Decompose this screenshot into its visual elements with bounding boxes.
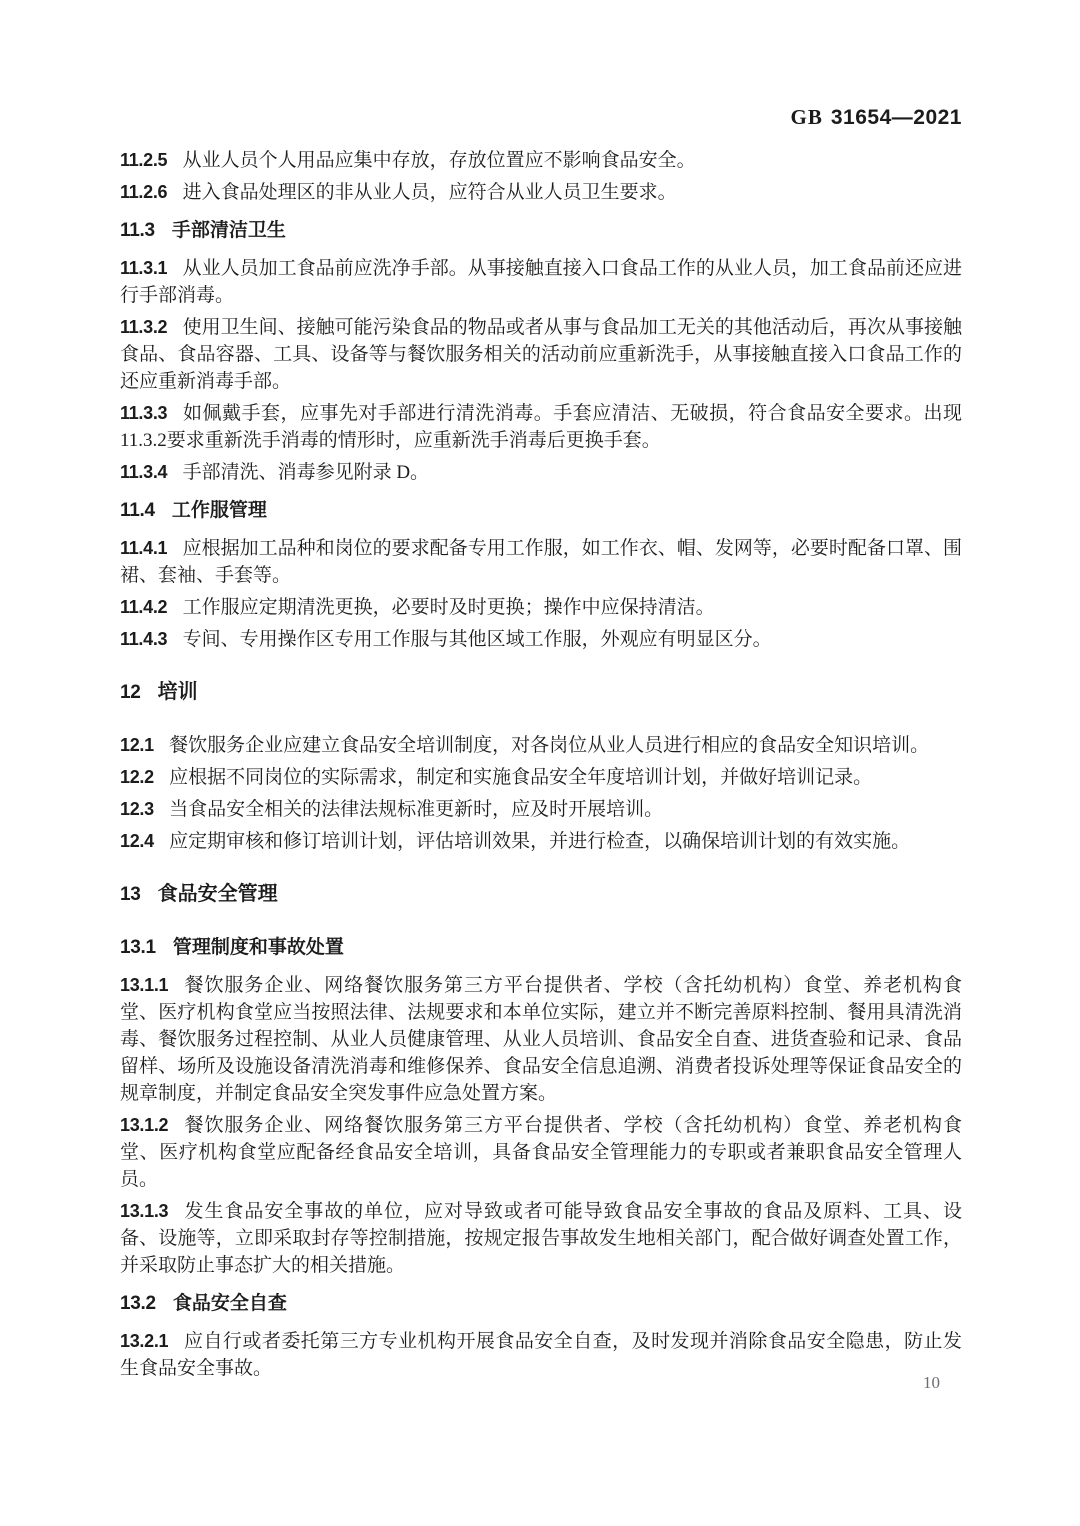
clause-11-3-3: 11.3.3如佩戴手套，应事先对手部进行清洗消毒。手套应清洁、无破损，符合食品安… (120, 400, 962, 454)
clause-12-2: 12.2应根据不同岗位的实际需求，制定和实施食品安全年度培训计划，并做好培训记录… (120, 764, 962, 791)
clause-number: 13.1.2 (120, 1115, 168, 1135)
clause-text: 进入食品处理区的非从业人员，应符合从业人员卫生要求。 (183, 182, 677, 203)
clause-text: 应定期审核和修订培训计划，评估培训效果，并进行检查，以确保培训计划的有效实施。 (169, 831, 910, 852)
page-number: 10 (923, 1372, 940, 1394)
section-title: 管理制度和事故处置 (173, 937, 344, 958)
clause-number: 11.3.2 (120, 317, 167, 337)
clause-11-3-4: 11.3.4手部清洗、消毒参见附录 D。 (120, 459, 962, 486)
clause-number: 11.4.2 (120, 597, 167, 617)
section-title: 工作服管理 (172, 500, 267, 521)
clause-11-4-3: 11.4.3专间、专用操作区专用工作服与其他区域工作服，外观应有明显区分。 (120, 626, 962, 653)
clause-number: 13.1.3 (120, 1201, 168, 1221)
document-page: GB31654—2021 11.2.5从业人员个人用品应集中存放，存放位置应不影… (0, 0, 1080, 1526)
section-heading-11-4: 11.4工作服管理 (120, 497, 962, 524)
clause-12-3: 12.3当食品安全相关的法律法规标准更新时，应及时开展培训。 (120, 796, 962, 823)
clause-number: 11.2.5 (120, 150, 167, 170)
clause-number: 11.4.3 (120, 629, 167, 649)
clause-12-1: 12.1餐饮服务企业应建立食品安全培训制度，对各岗位从业人员进行相应的食品安全知… (120, 732, 962, 759)
clause-text: 手部清洗、消毒参见附录 D。 (183, 462, 429, 483)
clause-number: 13.2.1 (120, 1331, 168, 1351)
clause-text: 工作服应定期清洗更换，必要时及时更换；操作中应保持清洁。 (183, 597, 715, 618)
clause-11-4-1: 11.4.1应根据加工品种和岗位的要求配备专用工作服，如工作衣、帽、发网等，必要… (120, 535, 962, 589)
clause-number: 11.4.1 (120, 538, 167, 558)
clause-number: 11.3.4 (120, 462, 167, 482)
clause-13-1-3: 13.1.3发生食品安全事故的单位，应对导致或者可能导致食品安全事故的食品及原料… (120, 1198, 962, 1279)
clause-text: 从业人员加工食品前应洗净手部。从事接触直接入口食品工作的从业人员，加工食品前还应… (120, 258, 962, 306)
clause-11-3-1: 11.3.1从业人员加工食品前应洗净手部。从事接触直接入口食品工作的从业人员，加… (120, 255, 962, 309)
section-number: 13.1 (120, 937, 156, 958)
standard-code-number: 31654—2021 (831, 106, 962, 129)
clause-text: 从业人员个人用品应集中存放，存放位置应不影响食品安全。 (183, 150, 696, 171)
section-heading-13-1: 13.1管理制度和事故处置 (120, 934, 962, 961)
clause-text: 使用卫生间、接触可能污染食品的物品或者从事与食品加工无关的其他活动后，再次从事接… (120, 317, 962, 392)
section-heading-11-3: 11.3手部清洁卫生 (120, 217, 962, 244)
clause-text: 当食品安全相关的法律法规标准更新时，应及时开展培训。 (169, 799, 663, 820)
section-heading-13-2: 13.2食品安全自查 (120, 1290, 962, 1317)
clause-text: 如佩戴手套，应事先对手部进行清洗消毒。手套应清洁、无破损，符合食品安全要求。出现… (120, 403, 962, 451)
clause-text: 发生食品安全事故的单位，应对导致或者可能导致食品安全事故的食品及原料、工具、设备… (120, 1201, 962, 1276)
clause-text: 餐饮服务企业、网络餐饮服务第三方平台提供者、学校（含托幼机构）食堂、养老机构食堂… (120, 1115, 962, 1190)
chapter-heading-13: 13食品安全管理 (120, 880, 962, 909)
document-header: GB31654—2021 (120, 104, 962, 131)
section-number: 11.4 (120, 500, 155, 521)
clause-number: 11.2.6 (120, 182, 167, 202)
chapter-number: 13 (120, 884, 141, 905)
clause-13-2-1: 13.2.1应自行或者委托第三方专业机构开展食品安全自查，及时发现并消除食品安全… (120, 1328, 962, 1382)
clause-text: 应自行或者委托第三方专业机构开展食品安全自查，及时发现并消除食品安全隐患，防止发… (120, 1331, 962, 1379)
section-title: 手部清洁卫生 (172, 220, 286, 241)
clause-11-2-5: 11.2.5从业人员个人用品应集中存放，存放位置应不影响食品安全。 (120, 147, 962, 174)
chapter-heading-12: 12培训 (120, 678, 962, 707)
standard-code-prefix: GB (791, 105, 823, 129)
section-title: 食品安全自查 (173, 1293, 287, 1314)
chapter-title: 食品安全管理 (158, 883, 278, 905)
clause-text: 餐饮服务企业应建立食品安全培训制度，对各岗位从业人员进行相应的食品安全知识培训。 (169, 735, 929, 756)
chapter-number: 12 (120, 682, 141, 703)
clause-text: 专间、专用操作区专用工作服与其他区域工作服，外观应有明显区分。 (183, 629, 772, 650)
document-content: GB31654—2021 11.2.5从业人员个人用品应集中存放，存放位置应不影… (120, 104, 962, 1387)
section-number: 13.2 (120, 1293, 156, 1314)
clause-text: 应根据不同岗位的实际需求，制定和实施食品安全年度培训计划，并做好培训记录。 (169, 767, 872, 788)
section-number: 11.3 (120, 220, 155, 241)
chapter-title: 培训 (158, 681, 198, 703)
clause-number: 12.3 (120, 799, 154, 819)
clause-number: 11.3.1 (120, 258, 167, 278)
clause-13-1-2: 13.1.2餐饮服务企业、网络餐饮服务第三方平台提供者、学校（含托幼机构）食堂、… (120, 1112, 962, 1193)
clause-11-4-2: 11.4.2工作服应定期清洗更换，必要时及时更换；操作中应保持清洁。 (120, 594, 962, 621)
clause-12-4: 12.4应定期审核和修订培训计划，评估培训效果，并进行检查，以确保培训计划的有效… (120, 828, 962, 855)
clause-number: 12.2 (120, 767, 154, 787)
clause-text: 餐饮服务企业、网络餐饮服务第三方平台提供者、学校（含托幼机构）食堂、养老机构食堂… (120, 975, 962, 1104)
clause-11-3-2: 11.3.2使用卫生间、接触可能污染食品的物品或者从事与食品加工无关的其他活动后… (120, 314, 962, 395)
clause-text: 应根据加工品种和岗位的要求配备专用工作服，如工作衣、帽、发网等，必要时配备口罩、… (120, 538, 962, 586)
clause-number: 13.1.1 (120, 975, 168, 995)
clause-number: 12.1 (120, 735, 154, 755)
clause-number: 12.4 (120, 831, 154, 851)
clause-13-1-1: 13.1.1餐饮服务企业、网络餐饮服务第三方平台提供者、学校（含托幼机构）食堂、… (120, 972, 962, 1107)
clause-11-2-6: 11.2.6进入食品处理区的非从业人员，应符合从业人员卫生要求。 (120, 179, 962, 206)
clause-number: 11.3.3 (120, 403, 167, 423)
